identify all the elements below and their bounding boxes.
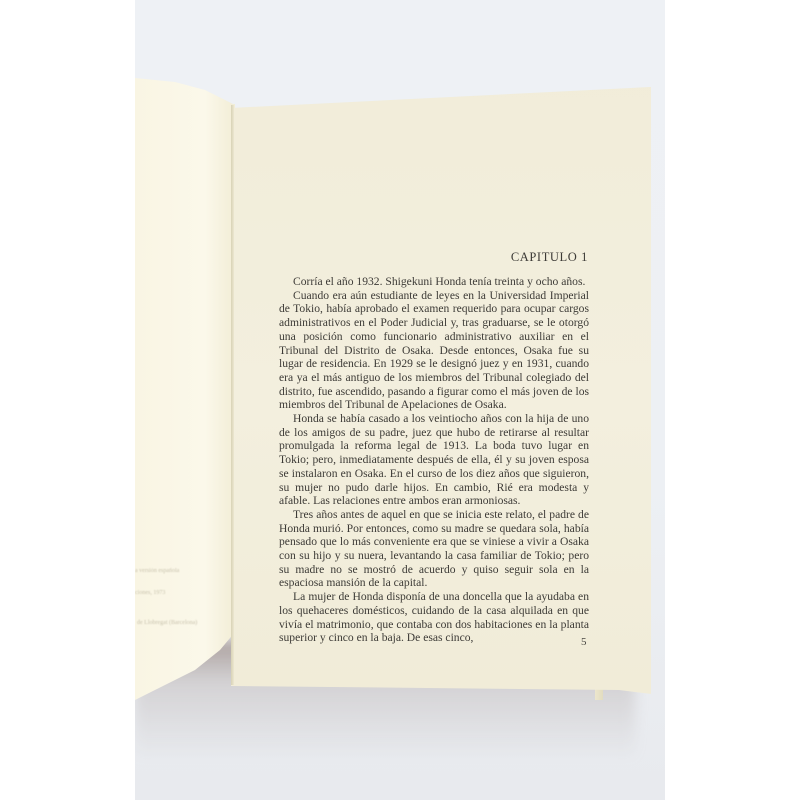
book-photo: a versión española ciones, 1973 de Llobr…	[135, 0, 665, 800]
chapter-heading: CAPITULO 1	[425, 250, 588, 265]
page-number: 5	[581, 636, 587, 648]
paragraph: Honda se había casado a los veintiocho a…	[279, 412, 589, 508]
book-gutter	[231, 105, 234, 685]
left-page-caption-line: de Llobregat (Barcelona)	[137, 620, 197, 626]
left-page-caption-line: a versión española	[135, 568, 179, 574]
left-page-caption-line: ciones, 1973	[135, 590, 165, 596]
paragraph: Corría el año 1932. Shigekuni Honda tení…	[279, 275, 589, 289]
paragraph: Cuando era aún estudiante de leyes en la…	[279, 289, 589, 412]
body-text: Corría el año 1932. Shigekuni Honda tení…	[279, 275, 589, 645]
paragraph: Tres años antes de aquel en que se inici…	[279, 508, 589, 590]
paragraph: La mujer de Honda disponía de una doncel…	[279, 590, 589, 645]
